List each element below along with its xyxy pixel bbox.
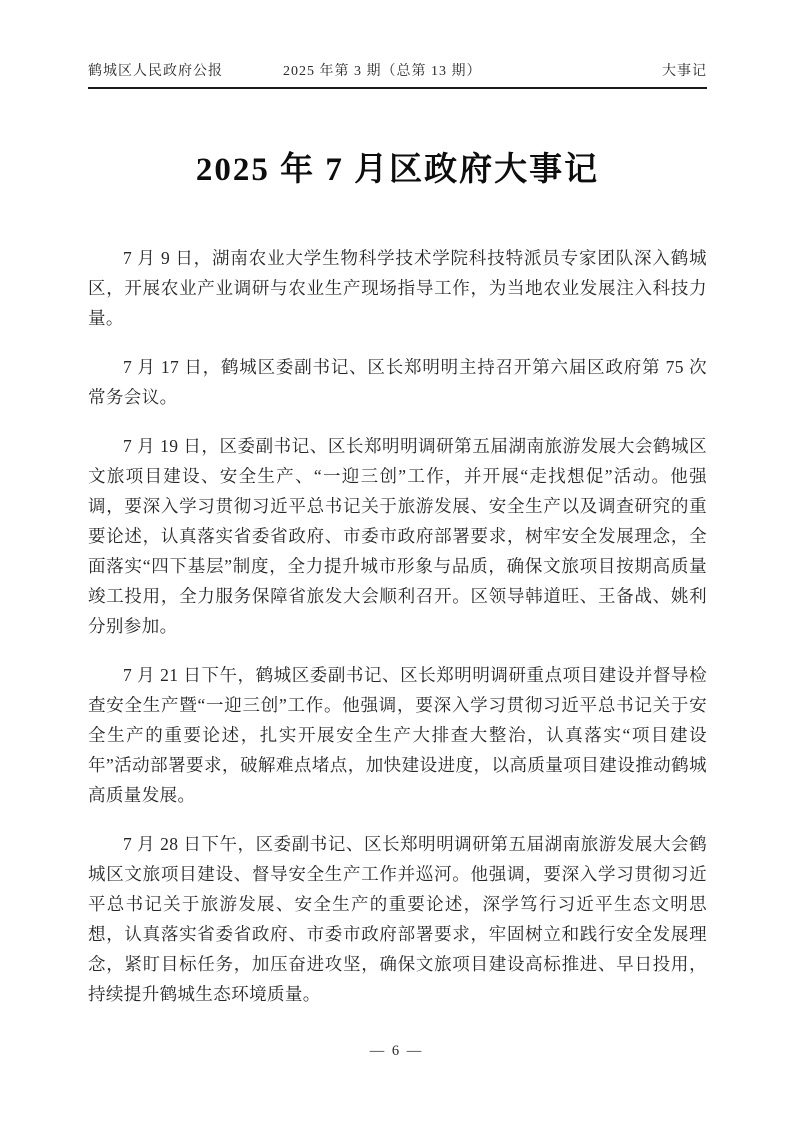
publication-name: 鹤城区人民政府公报 xyxy=(88,60,223,80)
article-body: 7 月 9 日，湖南农业大学生物科学技术学院科技特派员专家团队深入鹤城区，开展农… xyxy=(88,243,707,1009)
paragraph-jul-17: 7 月 17 日，鹤城区委副书记、区长郑明明主持召开第六届区政府第 75 次常务… xyxy=(88,352,707,412)
running-header: 鹤城区人民政府公报 2025 年第 3 期（总第 13 期） 大事记 xyxy=(88,60,707,89)
page-number: — 6 — xyxy=(0,1043,793,1060)
document-title: 2025 年 7 月区政府大事记 xyxy=(88,151,707,191)
page-content: 鹤城区人民政府公报 2025 年第 3 期（总第 13 期） 大事记 2025 … xyxy=(88,0,707,1028)
paragraph-jul-28: 7 月 28 日下午，区委副书记、区长郑明明调研第五届湖南旅游发展大会鹤城区文旅… xyxy=(88,829,707,1009)
issue-label: 2025 年第 3 期（总第 13 期） xyxy=(283,60,482,80)
paragraph-jul-21: 7 月 21 日下午，鹤城区委副书记、区长郑明明调研重点项目建设并督导检查安全生… xyxy=(88,660,707,810)
paragraph-jul-19: 7 月 19 日，区委副书记、区长郑明明调研第五届湖南旅游发展大会鹤城区文旅项目… xyxy=(88,431,707,641)
paragraph-jul-9: 7 月 9 日，湖南农业大学生物科学技术学院科技特派员专家团队深入鹤城区，开展农… xyxy=(88,243,707,333)
gazette-page: 鹤城区人民政府公报 2025 年第 3 期（总第 13 期） 大事记 2025 … xyxy=(0,0,793,1122)
section-label: 大事记 xyxy=(662,60,707,80)
